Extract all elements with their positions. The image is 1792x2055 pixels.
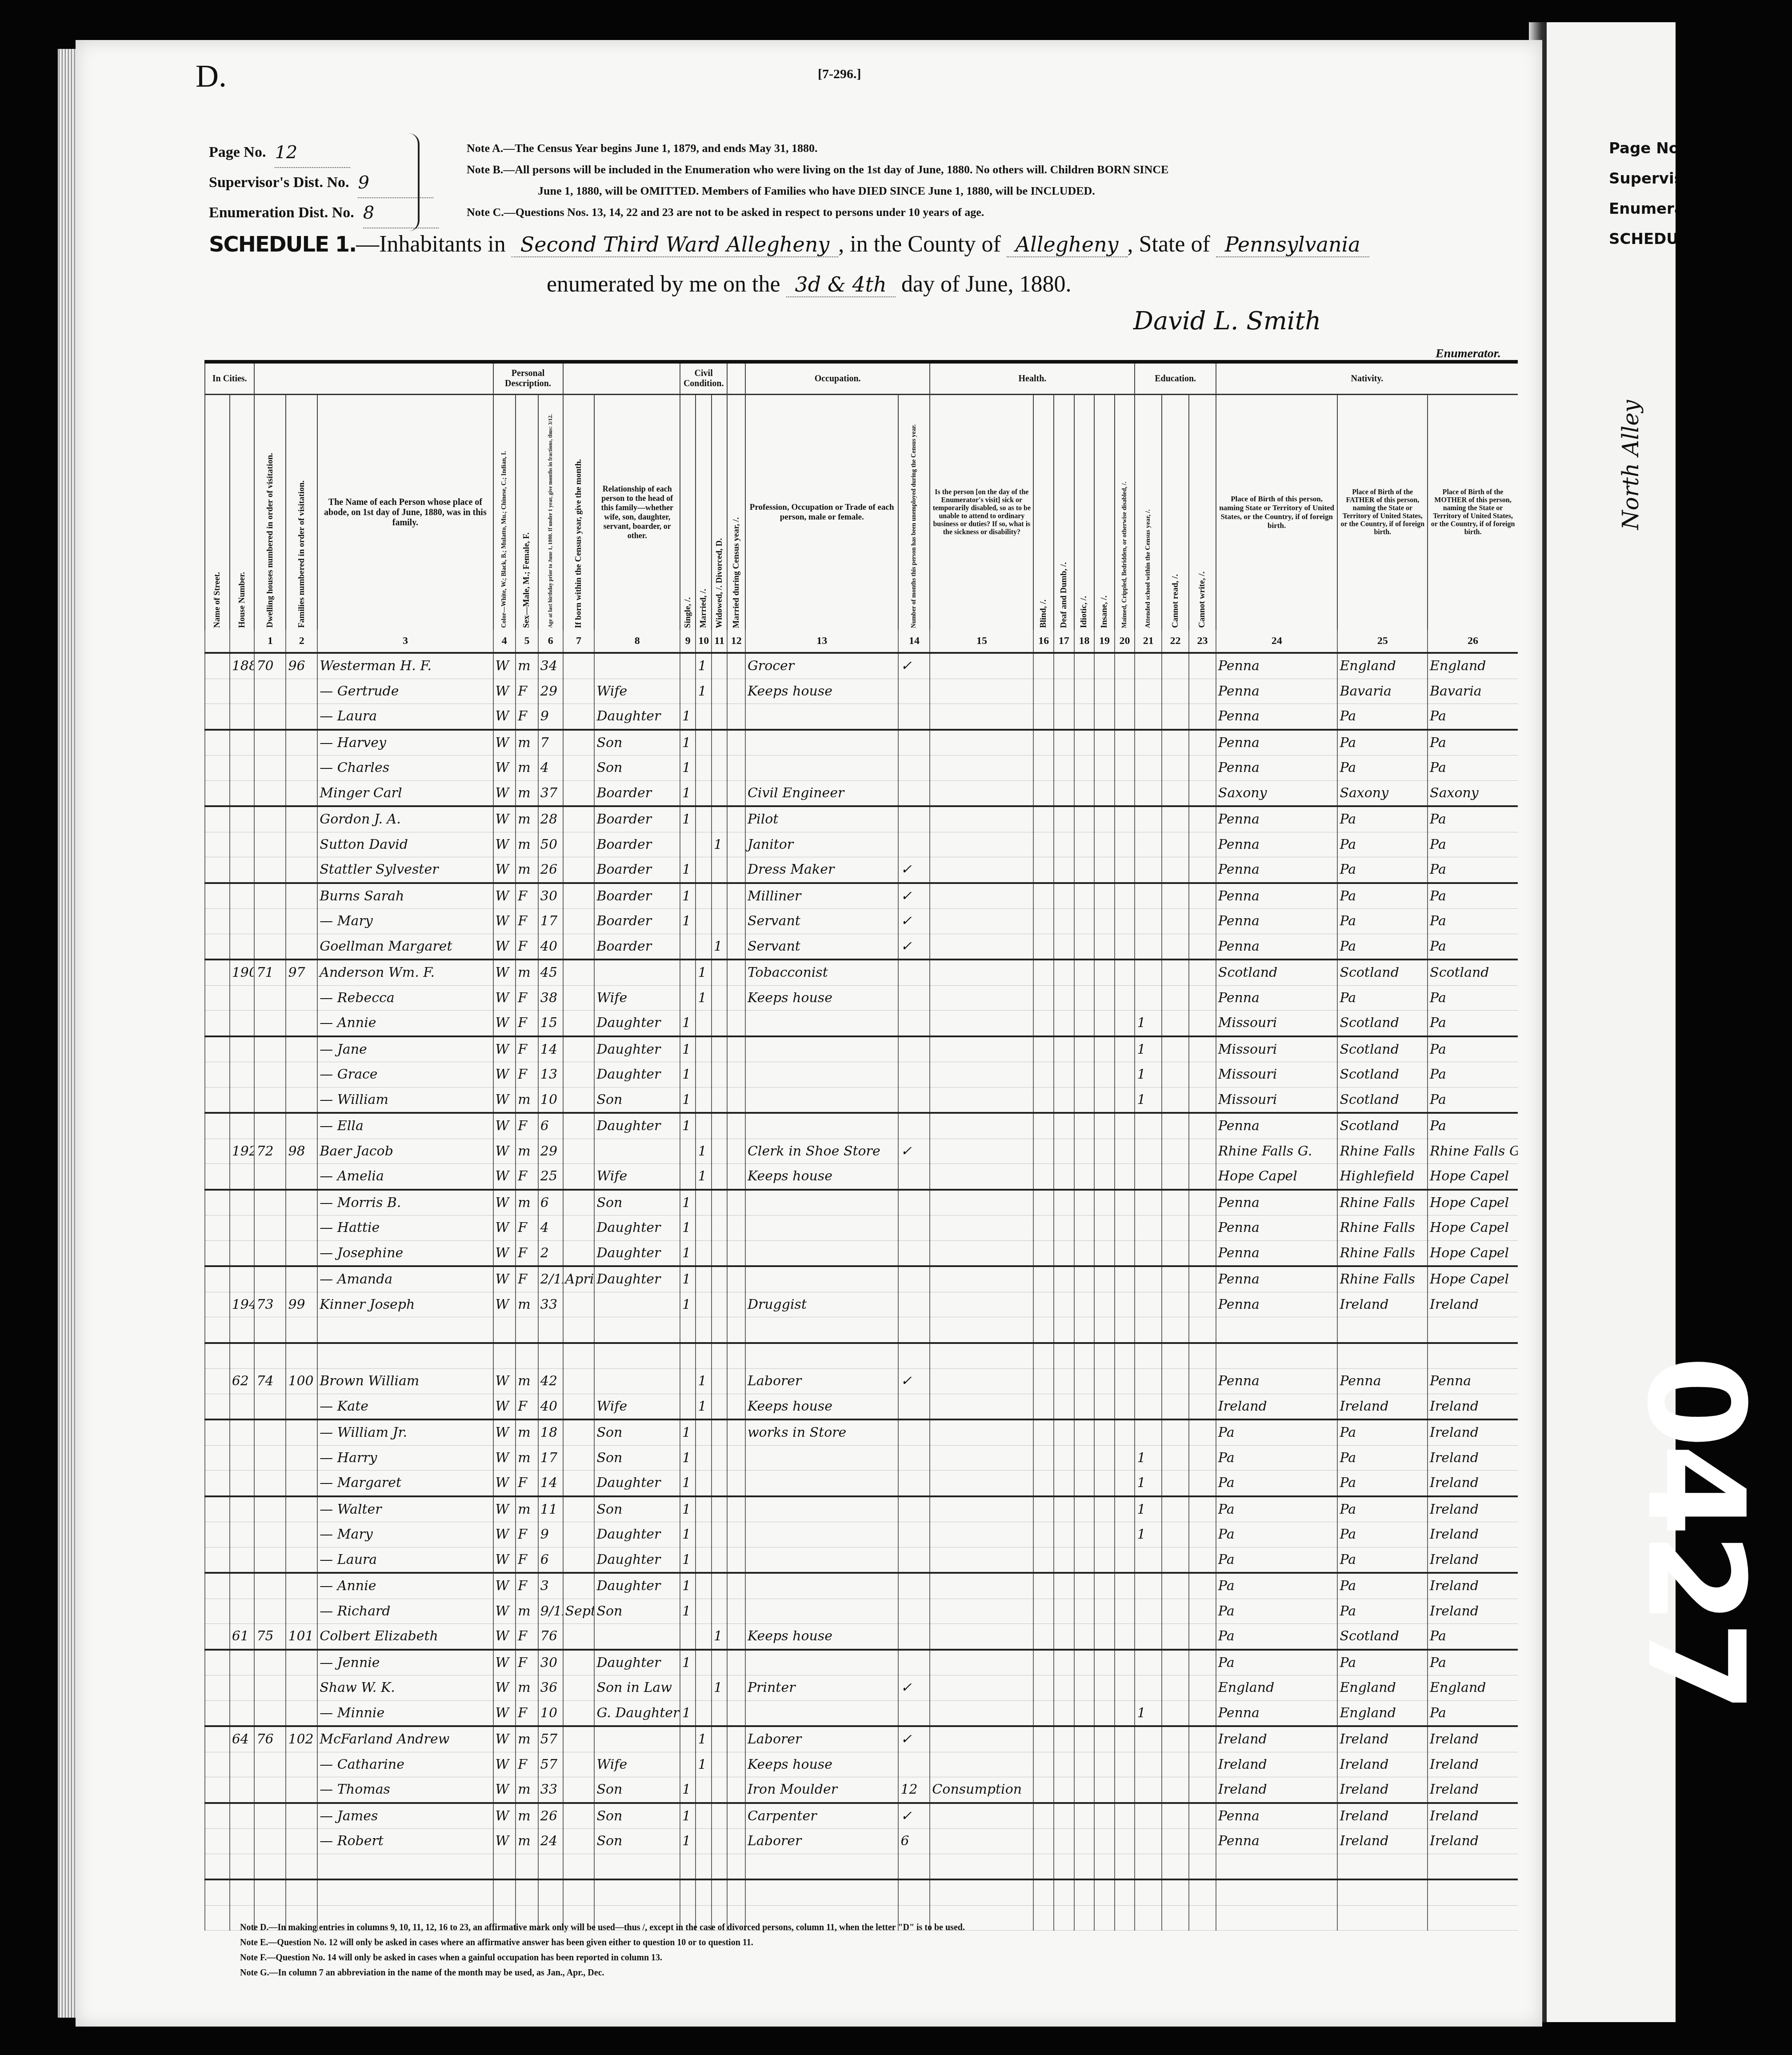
cell-empty xyxy=(1054,1547,1074,1573)
cell-mother xyxy=(1428,1854,1518,1879)
cell-house xyxy=(230,1496,255,1522)
cell-unemployed xyxy=(898,832,930,857)
cell-single xyxy=(680,1752,696,1777)
cell-empty xyxy=(1094,1547,1115,1573)
cell-empty xyxy=(1033,1700,1054,1726)
cell-empty xyxy=(1074,1292,1095,1317)
cell-occupation xyxy=(745,1573,899,1599)
cell-empty xyxy=(727,1522,745,1547)
table-row: — Morris B.Wm6Son1PennaRhine FallsHope C… xyxy=(205,1190,1518,1215)
cell-father: Scotland xyxy=(1337,1113,1428,1139)
cell-family xyxy=(286,1496,317,1522)
cell-relation: Daughter xyxy=(594,1471,680,1496)
cell-relation xyxy=(594,1369,680,1394)
cell-widowed xyxy=(712,1062,727,1087)
cell-empty xyxy=(1054,1419,1074,1445)
cell-sickness xyxy=(930,653,1033,679)
cell-single: 1 xyxy=(680,857,696,883)
cell-relation: Son xyxy=(594,1829,680,1854)
cell-occupation xyxy=(745,1240,899,1266)
table-row: — RobertWm24Son1Laborer6PennaIrelandIrel… xyxy=(205,1829,1518,1854)
cell-color xyxy=(493,1879,516,1905)
cell-widowed xyxy=(712,883,727,909)
cell-empty xyxy=(1054,1675,1074,1701)
cell-single: 1 xyxy=(680,1445,696,1471)
cell-empty xyxy=(1074,1445,1095,1471)
cell-occupation: Janitor xyxy=(745,832,899,857)
cell-unemployed xyxy=(898,1164,930,1190)
cell-school xyxy=(1135,909,1162,934)
cell-dwelling xyxy=(254,1011,286,1036)
cell-empty xyxy=(205,883,230,909)
column-number: 16 xyxy=(1033,630,1054,653)
cell-school: 1 xyxy=(1135,1011,1162,1036)
cell-father xyxy=(1337,1879,1428,1905)
cell-dwelling xyxy=(254,1675,286,1701)
cell-dwelling xyxy=(254,1650,286,1675)
cell-family xyxy=(286,883,317,909)
cell-relation: Son xyxy=(594,756,680,781)
cell-empty xyxy=(1074,679,1095,704)
cell-empty xyxy=(1033,857,1054,883)
cell-dwelling xyxy=(254,883,286,909)
cell-name: Minger Carl xyxy=(317,780,493,806)
cell-relation: Daughter xyxy=(594,1547,680,1573)
cell-married xyxy=(696,1419,711,1445)
cell-empty xyxy=(1033,1650,1054,1675)
cell-empty xyxy=(205,1113,230,1139)
cell-dwelling: 74 xyxy=(254,1369,286,1394)
cell-birth: Pa xyxy=(1216,1624,1338,1650)
cell-empty xyxy=(205,1317,230,1343)
cell-birth xyxy=(1216,1343,1338,1369)
cell-sickness xyxy=(930,1240,1033,1266)
cell-school xyxy=(1135,1803,1162,1829)
cell-unemployed: ✓ xyxy=(898,1369,930,1394)
cell-mother: Ireland xyxy=(1428,1777,1518,1803)
cell-empty xyxy=(1033,1496,1054,1522)
header-c26: Place of Birth of the MOTHER of this per… xyxy=(1428,395,1518,630)
cell-color: W xyxy=(493,1164,516,1190)
cell-empty xyxy=(1033,985,1054,1011)
cell-empty xyxy=(1094,1036,1115,1062)
cell-name: — Catharine xyxy=(317,1752,493,1777)
cell-color: W xyxy=(493,985,516,1011)
cell-married xyxy=(696,1087,711,1113)
cell-empty xyxy=(727,1650,745,1675)
cell-father: Pa xyxy=(1337,806,1428,832)
cell-occupation: Keeps house xyxy=(745,985,899,1011)
cell-family xyxy=(286,1190,317,1215)
cell-empty xyxy=(1189,1854,1216,1879)
cell-empty xyxy=(1115,1215,1135,1241)
cell-empty xyxy=(1189,1419,1216,1445)
cell-occupation xyxy=(745,1445,899,1471)
cell-age: 33 xyxy=(538,1777,563,1803)
cell-empty xyxy=(727,1343,745,1369)
cell-widowed xyxy=(712,1317,727,1343)
cell-birth-month xyxy=(563,832,595,857)
cell-empty xyxy=(1094,730,1115,756)
cell-empty xyxy=(1162,1164,1189,1190)
cell-empty xyxy=(1054,1879,1074,1905)
cell-widowed xyxy=(712,1369,727,1394)
cell-birth: Penna xyxy=(1216,704,1338,730)
cell-empty xyxy=(1074,756,1095,781)
cell-color: W xyxy=(493,934,516,960)
cell-school xyxy=(1135,1752,1162,1777)
cell-empty xyxy=(1162,1011,1189,1036)
cell-widowed xyxy=(712,1240,727,1266)
column-number xyxy=(205,630,230,653)
cell-name: — Annie xyxy=(317,1011,493,1036)
cell-dwelling xyxy=(254,1087,286,1113)
cell-father: Ireland xyxy=(1337,1777,1428,1803)
cell-single: 1 xyxy=(680,1240,696,1266)
cell-empty xyxy=(1094,1854,1115,1879)
cell-widowed xyxy=(712,780,727,806)
cell-empty xyxy=(205,780,230,806)
cell-empty xyxy=(1162,1854,1189,1879)
cell-empty xyxy=(1162,1675,1189,1701)
cell-school xyxy=(1135,1190,1162,1215)
adjacent-page xyxy=(1547,22,1689,2022)
cell-single: 1 xyxy=(680,1292,696,1317)
county-label: , in the County of xyxy=(838,232,1000,257)
cell-empty xyxy=(727,1496,745,1522)
cell-name: McFarland Andrew xyxy=(317,1726,493,1752)
cell-unemployed: ✓ xyxy=(898,857,930,883)
cell-widowed xyxy=(712,1011,727,1036)
cell-empty xyxy=(1189,1062,1216,1087)
cell-name: — Harry xyxy=(317,1445,493,1471)
cell-empty xyxy=(727,1011,745,1036)
cell-empty xyxy=(1189,1292,1216,1317)
cell-sickness xyxy=(930,1369,1033,1394)
cell-house xyxy=(230,1190,255,1215)
header-c6: Age at last birthday prior to June 1, 18… xyxy=(538,395,563,630)
cell-empty xyxy=(1115,1343,1135,1369)
cell-empty xyxy=(1033,1752,1054,1777)
cell-empty xyxy=(205,1803,230,1829)
cell-unemployed xyxy=(898,1036,930,1062)
cell-birth-month xyxy=(563,756,595,781)
cell-empty xyxy=(1054,1190,1074,1215)
cell-empty xyxy=(1162,653,1189,679)
inhabitants-label: —Inhabitants in xyxy=(356,232,506,257)
cell-occupation xyxy=(745,1599,899,1624)
cell-single: 1 xyxy=(680,1599,696,1624)
cell-married xyxy=(696,730,711,756)
cell-empty xyxy=(1115,832,1135,857)
cell-empty xyxy=(205,806,230,832)
cell-married: 1 xyxy=(696,1752,711,1777)
cell-empty xyxy=(205,1343,230,1369)
cell-unemployed xyxy=(898,1394,930,1419)
cell-empty xyxy=(1162,1062,1189,1087)
cell-school: 1 xyxy=(1135,1522,1162,1547)
cell-empty xyxy=(1189,1879,1216,1905)
cell-mother xyxy=(1428,1879,1518,1905)
cell-empty xyxy=(205,1829,230,1854)
cell-single: 1 xyxy=(680,1471,696,1496)
cell-mother: Scotland xyxy=(1428,960,1518,985)
cell-empty xyxy=(727,1317,745,1343)
cell-school xyxy=(1135,934,1162,960)
cell-empty xyxy=(1115,1139,1135,1164)
cell-age: 29 xyxy=(538,679,563,704)
cell-sex: m xyxy=(516,832,538,857)
cell-occupation: Grocer xyxy=(745,653,899,679)
cell-married xyxy=(696,1011,711,1036)
cell-empty xyxy=(1162,1394,1189,1419)
cell-mother: Bavaria xyxy=(1428,679,1518,704)
cell-sex: m xyxy=(516,1292,538,1317)
cell-empty xyxy=(1054,1113,1074,1139)
table-row: — MaryWF17Boarder1Servant✓PennaPaPa xyxy=(205,909,1518,934)
header-c13: Profession, Occupation or Trade of each … xyxy=(745,395,899,630)
cell-birth-month xyxy=(563,653,595,679)
cell-married xyxy=(696,1547,711,1573)
cell-empty xyxy=(205,1164,230,1190)
cell-birth: Scotland xyxy=(1216,960,1338,985)
cell-sex: m xyxy=(516,960,538,985)
cell-name: Westerman H. F. xyxy=(317,653,493,679)
note-f: Note F.—Question No. 14 will only be ask… xyxy=(240,1950,965,1965)
cell-married xyxy=(696,1650,711,1675)
cell-married xyxy=(696,1700,711,1726)
column-number: 17 xyxy=(1054,630,1074,653)
table-row: — AnnieWF15Daughter11MissouriScotlandPa xyxy=(205,1011,1518,1036)
cell-empty xyxy=(1054,1624,1074,1650)
adjacent-page-label: SCHEDU xyxy=(1609,224,1676,254)
cell-color: W xyxy=(493,1650,516,1675)
cell-empty xyxy=(1094,1190,1115,1215)
cell-relation xyxy=(594,1879,680,1905)
cell-father: Pa xyxy=(1337,883,1428,909)
cell-empty xyxy=(1033,1087,1054,1113)
cell-empty xyxy=(1115,1675,1135,1701)
cell-single: 1 xyxy=(680,1266,696,1292)
cell-school xyxy=(1135,1905,1162,1931)
cell-dwelling xyxy=(254,1879,286,1905)
cell-sickness xyxy=(930,704,1033,730)
cell-birth-month xyxy=(563,730,595,756)
cell-sickness xyxy=(930,857,1033,883)
cell-occupation: Keeps house xyxy=(745,1394,899,1419)
cell-birth: Hope Capel xyxy=(1216,1164,1338,1190)
cell-empty xyxy=(1094,1599,1115,1624)
cell-occupation: works in Store xyxy=(745,1419,899,1445)
cell-empty xyxy=(1074,1011,1095,1036)
cell-empty xyxy=(205,1599,230,1624)
cell-empty xyxy=(1074,1726,1095,1752)
cell-birth-month xyxy=(563,1547,595,1573)
adjacent-page-label: Supervisor xyxy=(1609,164,1676,194)
cell-widowed xyxy=(712,1394,727,1419)
cell-dwelling xyxy=(254,1240,286,1266)
cell-empty xyxy=(1074,1700,1095,1726)
cell-color: W xyxy=(493,1394,516,1419)
cell-widowed xyxy=(712,1752,727,1777)
cell-widowed xyxy=(712,1496,727,1522)
cell-age: 13 xyxy=(538,1062,563,1087)
page-no-label: Page No. xyxy=(209,138,266,168)
adjacent-page-label: Page No xyxy=(1609,133,1676,164)
cell-birth-month xyxy=(563,679,595,704)
cell-school xyxy=(1135,1624,1162,1650)
cell-color: W xyxy=(493,1522,516,1547)
cell-school xyxy=(1135,1343,1162,1369)
cell-empty xyxy=(1162,1829,1189,1854)
cell-single: 1 xyxy=(680,1803,696,1829)
cell-age: 42 xyxy=(538,1369,563,1394)
cell-school: 1 xyxy=(1135,1445,1162,1471)
cell-empty xyxy=(1033,756,1054,781)
cell-family xyxy=(286,1113,317,1139)
cell-relation xyxy=(594,1854,680,1879)
cell-house: 192 xyxy=(230,1139,255,1164)
cell-empty xyxy=(1115,1573,1135,1599)
cell-empty xyxy=(1115,1011,1135,1036)
enumeration-date-line: enumerated by me on the 3d & 4th day of … xyxy=(547,271,1072,297)
cell-mother: Hope Capel xyxy=(1428,1215,1518,1241)
cell-age: 33 xyxy=(538,1292,563,1317)
cell-widowed xyxy=(712,1036,727,1062)
cell-dwelling: 73 xyxy=(254,1292,286,1317)
cell-empty xyxy=(727,1139,745,1164)
cell-married: 1 xyxy=(696,1139,711,1164)
cell-mother: Pa xyxy=(1428,934,1518,960)
note-e: Note E.—Question No. 12 will only be ask… xyxy=(240,1935,965,1950)
cell-empty xyxy=(1074,960,1095,985)
cell-mother: Pa xyxy=(1428,1062,1518,1087)
cell-unemployed xyxy=(898,780,930,806)
cell-empty xyxy=(1162,857,1189,883)
cell-unemployed xyxy=(898,756,930,781)
cell-widowed xyxy=(712,1292,727,1317)
cell-birth: Penna xyxy=(1216,1190,1338,1215)
cell-dwelling xyxy=(254,1599,286,1624)
cell-name: — Laura xyxy=(317,1547,493,1573)
cell-relation: Boarder xyxy=(594,909,680,934)
cell-widowed xyxy=(712,1547,727,1573)
cell-empty xyxy=(205,756,230,781)
cell-widowed xyxy=(712,1190,727,1215)
cell-empty xyxy=(1094,1317,1115,1343)
cell-empty xyxy=(1162,1496,1189,1522)
cell-empty xyxy=(1189,1139,1216,1164)
cell-empty xyxy=(1189,1777,1216,1803)
cell-house xyxy=(230,1317,255,1343)
cell-empty xyxy=(1115,934,1135,960)
cell-empty xyxy=(727,857,745,883)
cell-birth-month xyxy=(563,1343,595,1369)
cell-single xyxy=(680,1726,696,1752)
cell-empty xyxy=(205,1369,230,1394)
cell-empty xyxy=(1054,1650,1074,1675)
cell-empty xyxy=(1115,1905,1135,1931)
cell-empty xyxy=(727,1215,745,1241)
cell-single xyxy=(680,832,696,857)
cell-house xyxy=(230,1573,255,1599)
cell-unemployed xyxy=(898,985,930,1011)
cell-single: 1 xyxy=(680,1496,696,1522)
cell-school xyxy=(1135,1777,1162,1803)
cell-married xyxy=(696,1803,711,1829)
column-number: 2 xyxy=(286,630,317,653)
cell-empty xyxy=(727,730,745,756)
table-row: 6476102McFarland AndrewWm571Laborer✓Irel… xyxy=(205,1726,1518,1752)
cell-married xyxy=(696,883,711,909)
cell-empty xyxy=(1094,1240,1115,1266)
cell-birth-month xyxy=(563,1829,595,1854)
cell-birth: Penna xyxy=(1216,1700,1338,1726)
cell-house xyxy=(230,1829,255,1854)
cell-empty xyxy=(205,1573,230,1599)
cell-empty xyxy=(1189,1190,1216,1215)
cell-empty xyxy=(1033,1547,1054,1573)
cell-married xyxy=(696,1062,711,1087)
cell-empty xyxy=(727,1803,745,1829)
cell-father: Scotland xyxy=(1337,1624,1428,1650)
cell-color: W xyxy=(493,1087,516,1113)
cell-father: Pa xyxy=(1337,934,1428,960)
column-number: 24 xyxy=(1216,630,1338,653)
cell-school xyxy=(1135,1419,1162,1445)
header-c15: Is the person [on the day of the Enumera… xyxy=(930,395,1033,630)
cell-empty xyxy=(205,730,230,756)
cell-mother: Pa xyxy=(1428,985,1518,1011)
cell-empty xyxy=(1054,1292,1074,1317)
cell-family xyxy=(286,1011,317,1036)
cell-school: 1 xyxy=(1135,1700,1162,1726)
cell-single: 1 xyxy=(680,1215,696,1241)
cell-house xyxy=(230,679,255,704)
cell-color xyxy=(493,1317,516,1343)
cell-empty xyxy=(1115,1547,1135,1573)
cell-empty xyxy=(1094,1573,1115,1599)
cell-single: 1 xyxy=(680,780,696,806)
cell-empty xyxy=(1189,883,1216,909)
cell-sex: F xyxy=(516,1113,538,1139)
cell-single xyxy=(680,1879,696,1905)
cell-age: 24 xyxy=(538,1829,563,1854)
cell-father: Rhine Falls xyxy=(1337,1190,1428,1215)
cell-empty xyxy=(205,1522,230,1547)
cell-birth-month xyxy=(563,1752,595,1777)
cell-empty xyxy=(727,1164,745,1190)
cell-name: — Charles xyxy=(317,756,493,781)
table-row: Stattler SylvesterWm26Boarder1Dress Make… xyxy=(205,857,1518,883)
cell-birth: Ireland xyxy=(1216,1726,1338,1752)
cell-dwelling xyxy=(254,857,286,883)
cell-sickness xyxy=(930,679,1033,704)
cell-father: Pa xyxy=(1337,832,1428,857)
cell-age: 6 xyxy=(538,1113,563,1139)
cell-school xyxy=(1135,1317,1162,1343)
cell-name xyxy=(317,1343,493,1369)
cell-occupation xyxy=(745,1471,899,1496)
column-number: 13 xyxy=(745,630,899,653)
cell-sickness xyxy=(930,1190,1033,1215)
cell-empty xyxy=(1162,1700,1189,1726)
cell-relation: Son xyxy=(594,1599,680,1624)
cell-house xyxy=(230,1215,255,1241)
cell-unemployed xyxy=(898,1113,930,1139)
cell-relation: Son xyxy=(594,1190,680,1215)
cell-mother xyxy=(1428,1905,1518,1931)
